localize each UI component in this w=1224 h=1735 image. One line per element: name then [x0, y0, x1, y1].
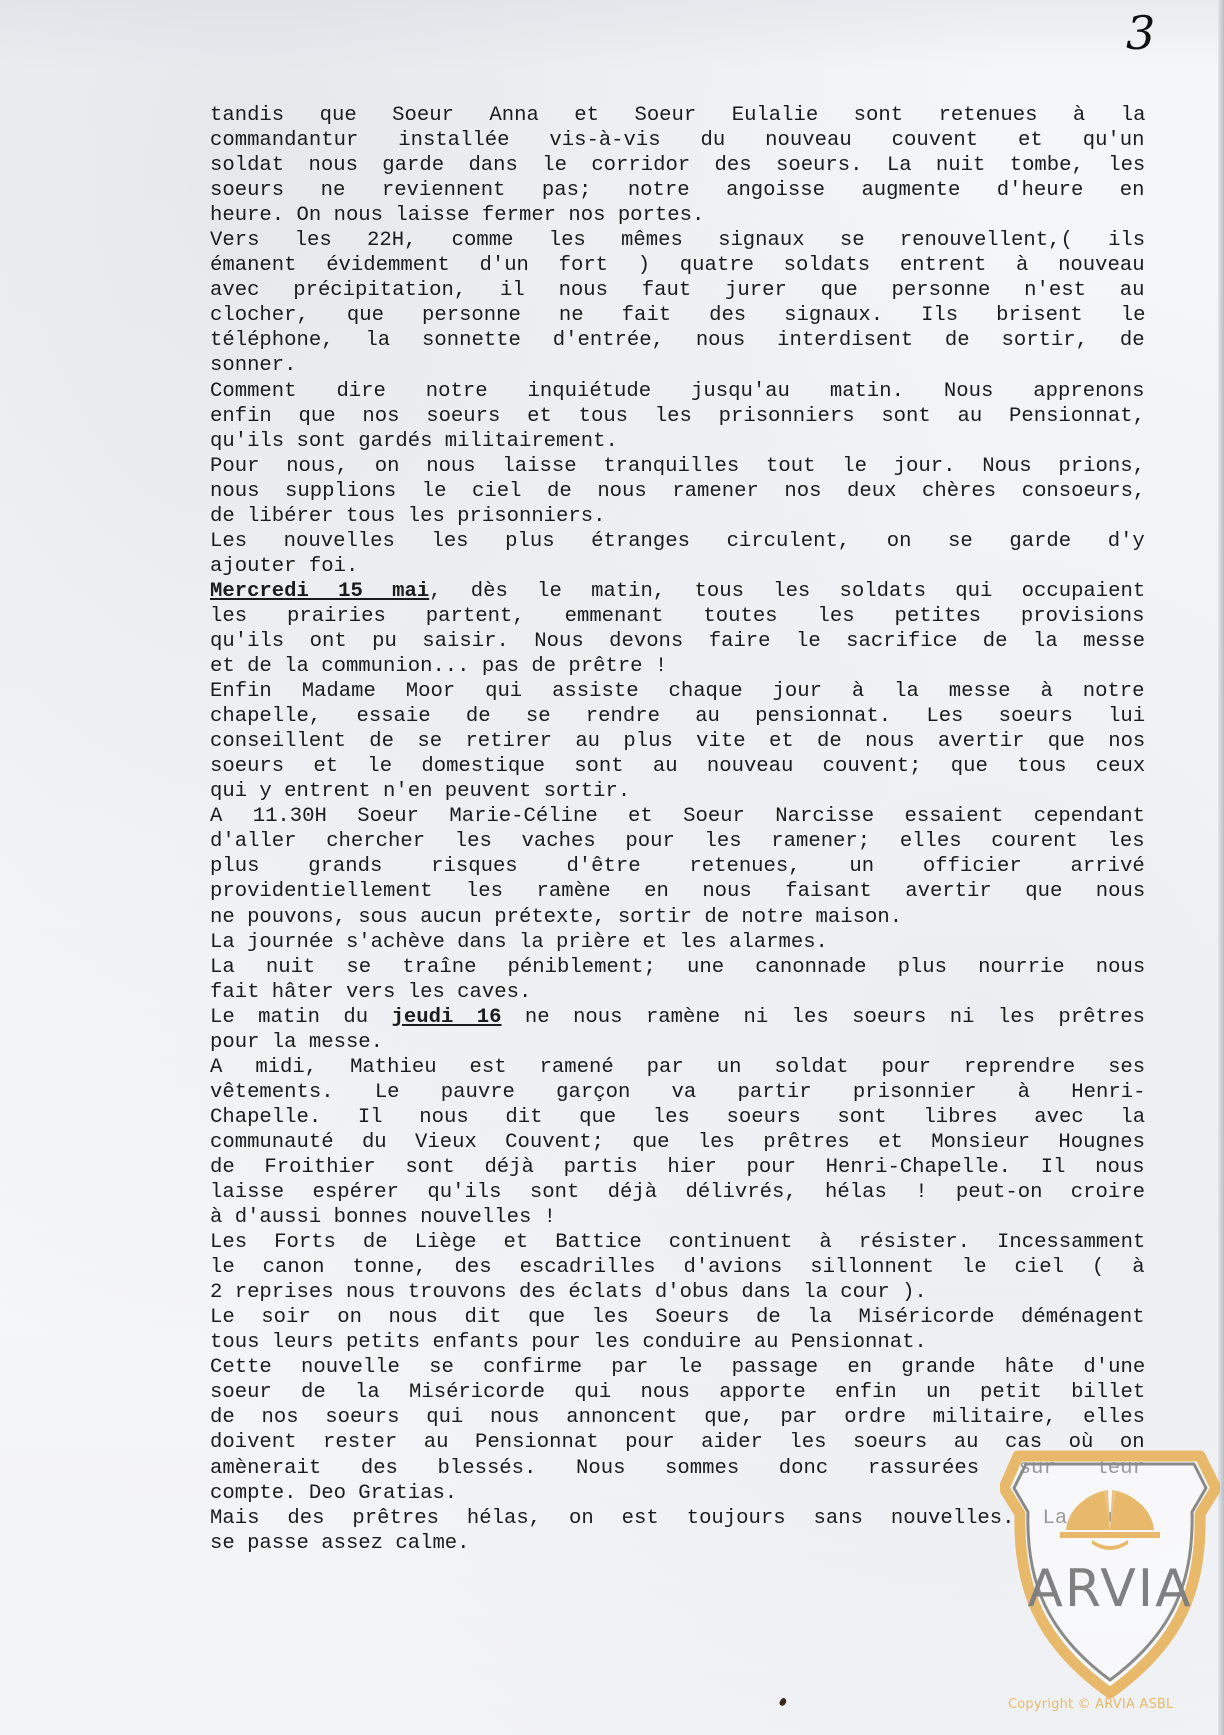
- text-line: A 11.30H Soeur Marie-Céline et Soeur Nar…: [210, 804, 1145, 829]
- text-segment: ne nous ramène ni les soeurs ni les prêt…: [501, 1006, 1144, 1029]
- text-segment: de Froithier sont déjà partis hier pour …: [210, 1156, 1145, 1179]
- text-segment: fait hâter vers les caves.: [210, 981, 531, 1004]
- text-line: chapelle, essaie de se rendre au pension…: [210, 704, 1145, 729]
- ink-speck: [778, 1697, 788, 1707]
- text-line: les prairies partent, emmenant toutes le…: [210, 604, 1145, 629]
- text-line: et de la communion... pas de prêtre !: [210, 654, 1145, 679]
- text-segment: soldat nous garde dans le corridor des s…: [210, 154, 1145, 177]
- text-line: Cette nouvelle se confirme par le passag…: [210, 1355, 1145, 1380]
- text-line: nous supplions le ciel de nous ramener n…: [210, 479, 1145, 504]
- underlined-date: jeudi 16: [392, 1006, 502, 1029]
- text-segment: et de la communion... pas de prêtre !: [210, 655, 667, 678]
- text-segment: compte. Deo Gratias.: [210, 1482, 457, 1505]
- text-line: compte. Deo Gratias.: [210, 1481, 1145, 1506]
- text-line: laisse espérer qu'ils sont déjà délivrés…: [210, 1180, 1145, 1205]
- text-line: de Froithier sont déjà partis hier pour …: [210, 1155, 1145, 1180]
- text-segment: soeurs ne reviennent pas; notre angoisse…: [210, 179, 1145, 202]
- text-segment: Pour nous, on nous laisse tranquilles to…: [210, 455, 1145, 478]
- text-line: clocher, que personne ne fait des signau…: [210, 303, 1145, 328]
- text-segment: Le soir on nous dit que les Soeurs de la…: [210, 1306, 1145, 1329]
- text-segment: les prairies partent, emmenant toutes le…: [210, 605, 1145, 628]
- text-line: amènerait des blessés. Nous sommes donc …: [210, 1456, 1145, 1481]
- text-segment: ne pouvons, sous aucun prétexte, sortir …: [210, 906, 902, 929]
- text-segment: pour la messe.: [210, 1031, 383, 1054]
- text-line: soeur de la Miséricorde qui nous apporte…: [210, 1380, 1145, 1405]
- text-segment: se passe assez calme.: [210, 1532, 470, 1555]
- text-segment: de nos soeurs qui nous annoncent que, pa…: [210, 1406, 1145, 1429]
- text-line: qu'ils sont gardés militairement.: [210, 429, 1145, 454]
- text-line: Vers les 22H, comme les mêmes signaux se…: [210, 228, 1145, 253]
- text-segment: clocher, que personne ne fait des signau…: [210, 304, 1145, 327]
- text-segment: 2 reprises nous trouvons des éclats d'ob…: [210, 1281, 927, 1304]
- scanned-page: 3 tandis que Soeur Anna et Soeur Eulalie…: [0, 0, 1224, 1735]
- text-line: providentiellement les ramène en nous fa…: [210, 879, 1145, 904]
- text-line: le canon tonne, des escadrilles d'avions…: [210, 1255, 1145, 1280]
- text-line: se passe assez calme.: [210, 1531, 1145, 1556]
- text-segment: de libérer tous les prisonniers.: [210, 505, 605, 528]
- text-line: Comment dire notre inquiétude jusqu'au m…: [210, 379, 1145, 404]
- text-segment: soeurs et le domestique sont au nouveau …: [210, 755, 1145, 778]
- text-segment: commandantur installée vis-à-vis du nouv…: [210, 129, 1145, 152]
- text-segment: Les Forts de Liège et Battice continuent…: [210, 1231, 1145, 1254]
- text-segment: Cette nouvelle se confirme par le passag…: [210, 1356, 1145, 1379]
- text-line: doivent rester au Pensionnat pour aider …: [210, 1430, 1145, 1455]
- text-line: qu'ils ont pu saisir. Nous devons faire …: [210, 629, 1145, 654]
- page-edge-shadow: [1218, 0, 1224, 1735]
- text-segment: sonner.: [210, 354, 297, 377]
- text-line: Mercredi 15 mai, dès le matin, tous les …: [210, 579, 1145, 604]
- text-line: d'aller chercher les vaches pour les ram…: [210, 829, 1145, 854]
- text-segment: avec précipitation, il nous faut jurer q…: [210, 279, 1145, 302]
- text-segment: soeur de la Miséricorde qui nous apporte…: [210, 1381, 1145, 1404]
- typewritten-text-body: tandis que Soeur Anna et Soeur Eulalie s…: [210, 103, 1145, 1556]
- text-segment: tous leurs petits enfants pour les condu…: [210, 1331, 927, 1354]
- page-number: 3: [1126, 10, 1155, 56]
- text-line: commandantur installée vis-à-vis du nouv…: [210, 128, 1145, 153]
- text-line: Les nouvelles les plus étranges circulen…: [210, 529, 1145, 554]
- text-line: ne pouvons, sous aucun prétexte, sortir …: [210, 905, 1145, 930]
- text-line: tandis que Soeur Anna et Soeur Eulalie s…: [210, 103, 1145, 128]
- text-line: à d'aussi bonnes nouvelles !: [210, 1205, 1145, 1230]
- text-segment: Comment dire notre inquiétude jusqu'au m…: [210, 380, 1145, 403]
- text-segment: Mais des prêtres hélas, on est toujours …: [210, 1507, 1145, 1530]
- text-segment: ajouter foi.: [210, 555, 358, 578]
- text-segment: tandis que Soeur Anna et Soeur Eulalie s…: [210, 104, 1145, 127]
- text-segment: le canon tonne, des escadrilles d'avions…: [210, 1256, 1145, 1279]
- text-line: de nos soeurs qui nous annoncent que, pa…: [210, 1405, 1145, 1430]
- text-segment: qu'ils sont gardés militairement.: [210, 430, 618, 453]
- text-line: tous leurs petits enfants pour les condu…: [210, 1330, 1145, 1355]
- text-line: sonner.: [210, 353, 1145, 378]
- text-line: plus grands risques d'être retenues, un …: [210, 854, 1145, 879]
- text-segment: amènerait des blessés. Nous sommes donc …: [210, 1457, 1145, 1480]
- text-segment: Enfin Madame Moor qui assiste chaque jou…: [210, 680, 1145, 703]
- text-segment: Chapelle. Il nous dit que les soeurs son…: [210, 1106, 1145, 1129]
- text-line: pour la messe.: [210, 1030, 1145, 1055]
- text-line: soldat nous garde dans le corridor des s…: [210, 153, 1145, 178]
- text-line: Mais des prêtres hélas, on est toujours …: [210, 1506, 1145, 1531]
- text-segment: Les nouvelles les plus étranges circulen…: [210, 530, 1145, 553]
- text-segment: plus grands risques d'être retenues, un …: [210, 855, 1145, 878]
- text-segment: Le matin du: [210, 1006, 392, 1029]
- underlined-date: Mercredi 15 mai: [210, 580, 429, 603]
- text-line: soeurs ne reviennent pas; notre angoisse…: [210, 178, 1145, 203]
- text-segment: nous supplions le ciel de nous ramener n…: [210, 480, 1145, 503]
- text-line: téléphone, la sonnette d'entrée, nous in…: [210, 328, 1145, 353]
- text-segment: vêtements. Le pauvre garçon va partir pr…: [210, 1081, 1145, 1104]
- text-line: conseillent de se retirer au plus vite e…: [210, 729, 1145, 754]
- text-line: ajouter foi.: [210, 554, 1145, 579]
- text-line: communauté du Vieux Couvent; que les prê…: [210, 1130, 1145, 1155]
- text-segment: à d'aussi bonnes nouvelles !: [210, 1206, 556, 1229]
- text-line: soeurs et le domestique sont au nouveau …: [210, 754, 1145, 779]
- text-line: Le soir on nous dit que les Soeurs de la…: [210, 1305, 1145, 1330]
- text-line: 2 reprises nous trouvons des éclats d'ob…: [210, 1280, 1145, 1305]
- text-segment: A 11.30H Soeur Marie-Céline et Soeur Nar…: [210, 805, 1145, 828]
- text-line: La nuit se traîne péniblement; une canon…: [210, 955, 1145, 980]
- text-segment: heure. On nous laisse fermer nos portes.: [210, 204, 704, 227]
- text-segment: providentiellement les ramène en nous fa…: [210, 880, 1145, 903]
- text-segment: Vers les 22H, comme les mêmes signaux se…: [210, 229, 1145, 252]
- text-line: avec précipitation, il nous faut jurer q…: [210, 278, 1145, 303]
- text-segment: La journée s'achève dans la prière et le…: [210, 931, 828, 954]
- text-segment: communauté du Vieux Couvent; que les prê…: [210, 1131, 1145, 1154]
- text-segment: qu'ils ont pu saisir. Nous devons faire …: [210, 630, 1145, 653]
- text-line: vêtements. Le pauvre garçon va partir pr…: [210, 1080, 1145, 1105]
- watermark-logo-text: ARVIA: [1027, 1559, 1192, 1619]
- text-line: enfin que nos soeurs et tous les prisonn…: [210, 404, 1145, 429]
- text-segment: chapelle, essaie de se rendre au pension…: [210, 705, 1145, 728]
- text-line: Enfin Madame Moor qui assiste chaque jou…: [210, 679, 1145, 704]
- text-line: heure. On nous laisse fermer nos portes.: [210, 203, 1145, 228]
- text-line: Le matin du jeudi 16 ne nous ramène ni l…: [210, 1005, 1145, 1030]
- text-segment: émanent évidemment d'un fort ) quatre so…: [210, 254, 1145, 277]
- text-line: fait hâter vers les caves.: [210, 980, 1145, 1005]
- text-line: de libérer tous les prisonniers.: [210, 504, 1145, 529]
- text-line: émanent évidemment d'un fort ) quatre so…: [210, 253, 1145, 278]
- text-segment: qui y entrent n'en peuvent sortir.: [210, 780, 630, 803]
- text-segment: La nuit se traîne péniblement; une canon…: [210, 956, 1145, 979]
- copyright-notice: Copyright © ARVIA ASBL: [1008, 1697, 1173, 1712]
- text-line: Chapelle. Il nous dit que les soeurs son…: [210, 1105, 1145, 1130]
- text-segment: laisse espérer qu'ils sont déjà délivrés…: [210, 1181, 1145, 1204]
- text-segment: doivent rester au Pensionnat pour aider …: [210, 1431, 1145, 1454]
- text-segment: conseillent de se retirer au plus vite e…: [210, 730, 1145, 753]
- text-line: A midi, Mathieu est ramené par un soldat…: [210, 1055, 1145, 1080]
- text-segment: enfin que nos soeurs et tous les prisonn…: [210, 405, 1145, 428]
- text-segment: , dès le matin, tous les soldats qui occ…: [429, 580, 1145, 603]
- text-line: qui y entrent n'en peuvent sortir.: [210, 779, 1145, 804]
- text-segment: A midi, Mathieu est ramené par un soldat…: [210, 1056, 1145, 1079]
- text-line: Pour nous, on nous laisse tranquilles to…: [210, 454, 1145, 479]
- text-segment: d'aller chercher les vaches pour les ram…: [210, 830, 1145, 853]
- text-segment: téléphone, la sonnette d'entrée, nous in…: [210, 329, 1145, 352]
- text-line: La journée s'achève dans la prière et le…: [210, 930, 1145, 955]
- text-line: Les Forts de Liège et Battice continuent…: [210, 1230, 1145, 1255]
